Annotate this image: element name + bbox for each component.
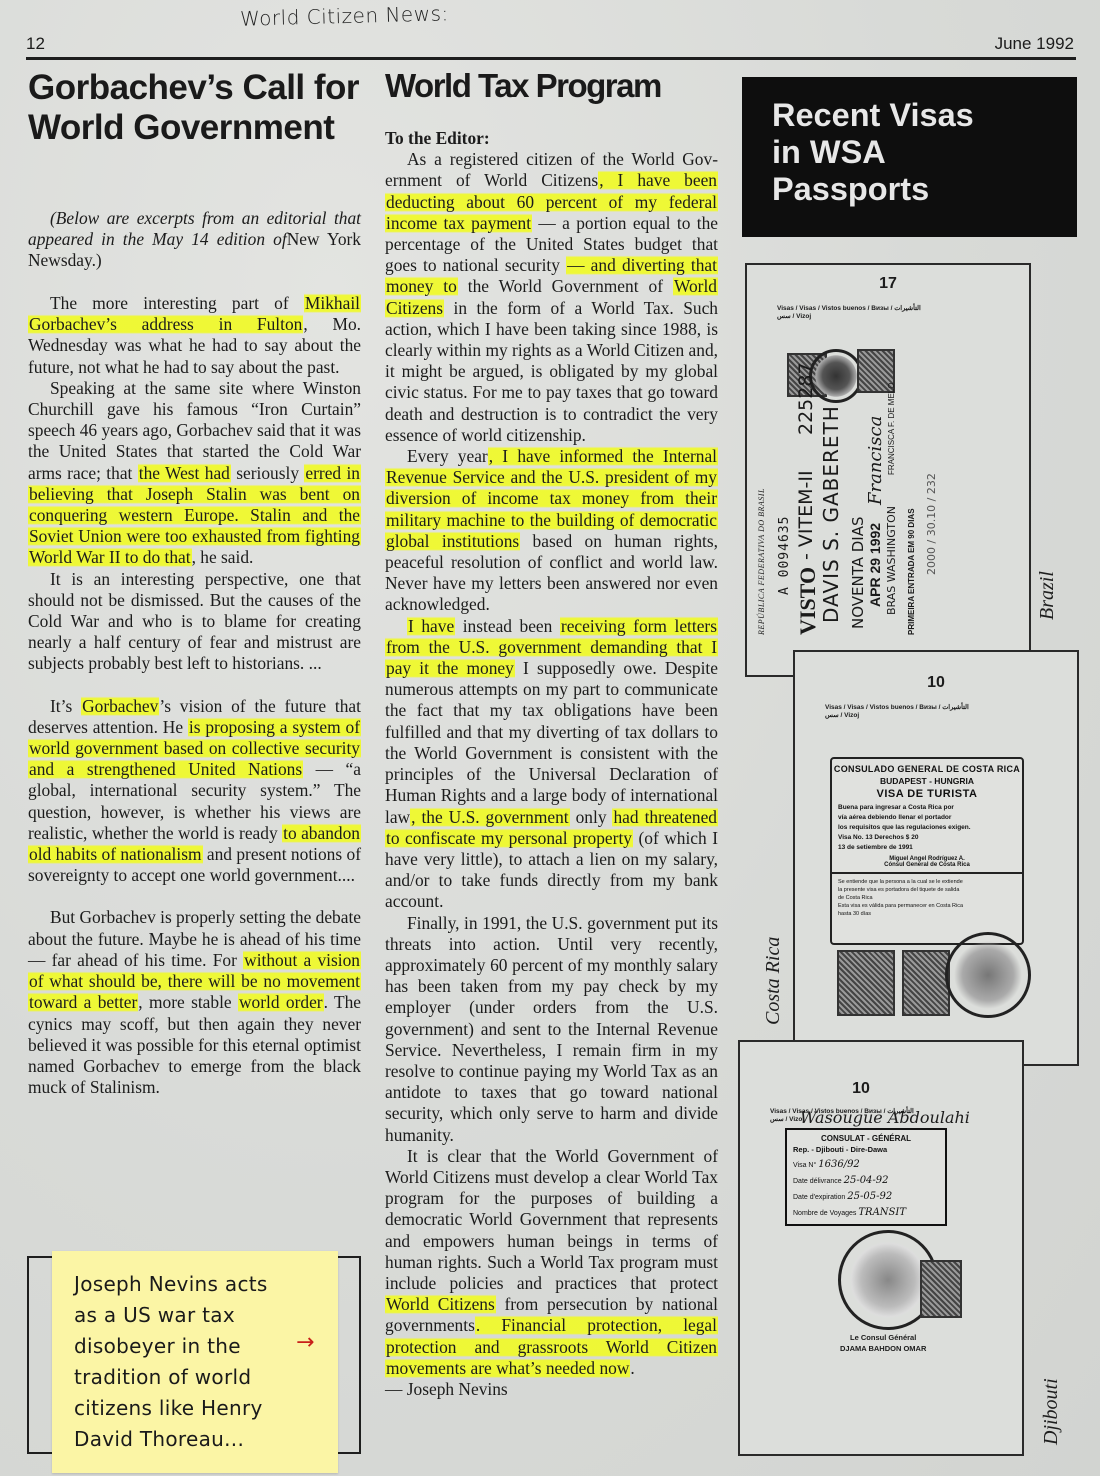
- consul-signature: Wasougue Abdoulahi: [800, 1108, 970, 1127]
- text-run: in the form of a World Tax. Such action,…: [385, 298, 718, 445]
- text-run: instead been: [455, 616, 560, 636]
- visa-card-brazil: 17 Visas / Visas / Vistos buenos / Визы …: [745, 263, 1031, 677]
- highlighted-text: the West had: [138, 463, 231, 483]
- text-run: only: [570, 807, 613, 827]
- red-arrow-icon: →: [296, 1330, 314, 1355]
- issue-date: June 1992: [995, 34, 1074, 54]
- text-run: It is clear that the World Government of…: [385, 1146, 718, 1293]
- text-run: Every year: [407, 446, 488, 466]
- costa-rica-visa-stamp: CONSULADO GENERAL DE COSTA RICA BUDAPEST…: [830, 757, 1024, 945]
- note-line: tradition of world: [74, 1362, 316, 1393]
- left-article-intro: (Below are excerpts from an editorial th…: [28, 208, 361, 272]
- fee-stamp-icon: [837, 950, 895, 1016]
- sticky-note: Joseph Nevins acts as a US war tax disob…: [52, 1251, 338, 1473]
- paragraph: Speaking at the same site where Winston …: [28, 378, 361, 569]
- text-run: Finally, in 1991, the U.S. government pu…: [385, 913, 718, 1145]
- text-run: , he said.: [192, 547, 254, 567]
- editor-salutation: To the Editor:: [385, 128, 718, 149]
- text-run: The more interesting part of: [50, 293, 304, 313]
- paragraph: It’s Gorbachev’s vision of the future th…: [28, 696, 361, 887]
- djibouti-visa-stamp: CONSULAT - GÉNÉRAL Rep. - Djibouti - Dir…: [785, 1128, 947, 1226]
- fee-stamps: [837, 950, 1037, 1020]
- paragraph: As a registered citizen of the World Gov…: [385, 149, 718, 446]
- visas-multilingual-header: Visas / Visas / Vistos buenos / Визы / ا…: [825, 704, 969, 720]
- text-run: It’s: [50, 696, 81, 716]
- visa-card-djibouti: 10 Visas / Visas / Vistos buenos / Визы …: [738, 1040, 1024, 1456]
- page-number: 12: [26, 34, 45, 54]
- passport-page-number: 17: [747, 275, 1029, 293]
- text-run: I supposedly owe. Despite numerous attem…: [385, 658, 718, 826]
- highlighted-text: , the U.S. govern­ment: [410, 807, 570, 827]
- left-article-headline: Gorbachev’s Call for World Government: [28, 68, 368, 148]
- highlighted-text: World Citizens: [385, 1294, 496, 1314]
- paragraph: I have instead been receiving form lette…: [385, 616, 718, 913]
- handwritten-title: World Citizen News:: [240, 1, 449, 30]
- left-article-body: The more interesting part of Mikhail Gor…: [28, 293, 361, 1098]
- paragraph: The more interesting part of Mikhail Gor…: [28, 293, 361, 378]
- paragraph: But Gorbachev is properly setting the de…: [28, 907, 361, 1098]
- note-line: David Thoreau...: [74, 1424, 316, 1455]
- passport-page-number: 10: [738, 1080, 1022, 1098]
- highlighted-text: world order: [238, 992, 324, 1012]
- text-run: .: [630, 1358, 634, 1378]
- text-run: seriously: [231, 463, 305, 483]
- visa-banner: Recent Visas in WSA Passports: [742, 77, 1077, 237]
- country-label-costa-rica: Costa Rica: [762, 937, 785, 1025]
- middle-article-body: To the Editor: As a registered citizen o…: [385, 128, 718, 1400]
- note-line: disobeyer in the: [74, 1331, 316, 1362]
- country-label-djibouti: Djibouti: [1040, 1378, 1063, 1445]
- brazil-visa-text: REPÚBLICA FEDERATIVA DO BRASIL A 0094635…: [755, 305, 985, 635]
- signoff: — Joseph Nevins: [385, 1379, 718, 1400]
- middle-article-headline: World Tax Program: [385, 66, 735, 106]
- visa-card-costa-rica: 10 Visas / Visas / Vistos buenos / Визы …: [793, 650, 1079, 1066]
- header-rule: [26, 57, 1076, 60]
- fee-stamp-icon: [902, 950, 950, 1016]
- note-line: as a US war tax: [74, 1300, 316, 1331]
- consul-name: Le Consul Général DJAMA BAHDON OMAR: [840, 1332, 926, 1354]
- paragraph: Finally, in 1991, the U.S. government pu…: [385, 913, 718, 1146]
- consular-seal-icon: [945, 932, 1031, 1018]
- highlighted-text: Gorbachev: [81, 696, 159, 716]
- highlighted-text: I have: [407, 616, 455, 636]
- visa-banner-title: Recent Visas in WSA Passports: [772, 97, 1077, 208]
- passport-page-number: 10: [795, 674, 1077, 692]
- text-run: the World Government of: [458, 276, 673, 296]
- paragraph: It is an interesting perspective, one th…: [28, 569, 361, 675]
- text-run: It is an interesting perspective, one th…: [28, 569, 361, 674]
- country-label-brazil: Brazil: [1036, 571, 1059, 620]
- paragraph: Every year, I have informed the Internal…: [385, 446, 718, 616]
- note-line: Joseph Nevins acts: [74, 1269, 316, 1300]
- note-line: citizens like Henry: [74, 1393, 316, 1424]
- middle-article-paragraphs: As a registered citizen of the World Gov…: [385, 149, 718, 1379]
- fee-stamp-icon: [920, 1260, 962, 1318]
- text-run: , more stable: [138, 992, 238, 1012]
- paragraph: It is clear that the World Government of…: [385, 1146, 718, 1379]
